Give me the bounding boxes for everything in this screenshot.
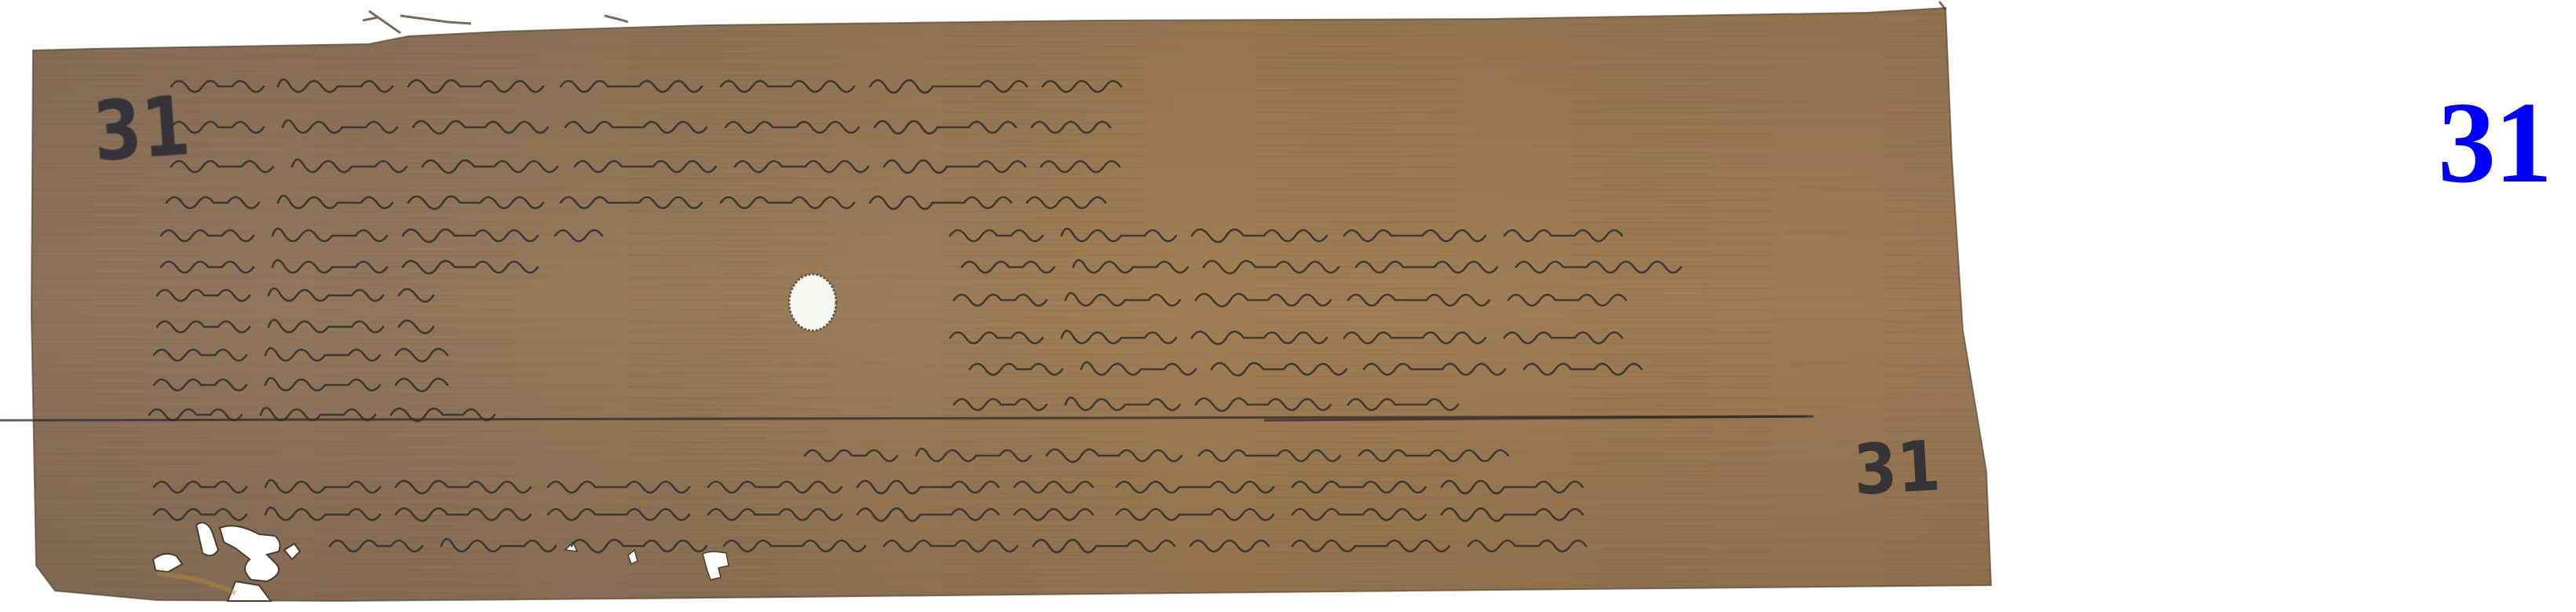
- palm-leaf: [0, 0, 2041, 612]
- manuscript-page: 31 31 31: [0, 0, 2576, 612]
- handwritten-folio-number-left: 31: [90, 85, 192, 173]
- string-hole: [789, 274, 836, 331]
- handwritten-folio-number-right: 31: [1852, 431, 1942, 505]
- page-number-label: 31: [2438, 85, 2551, 201]
